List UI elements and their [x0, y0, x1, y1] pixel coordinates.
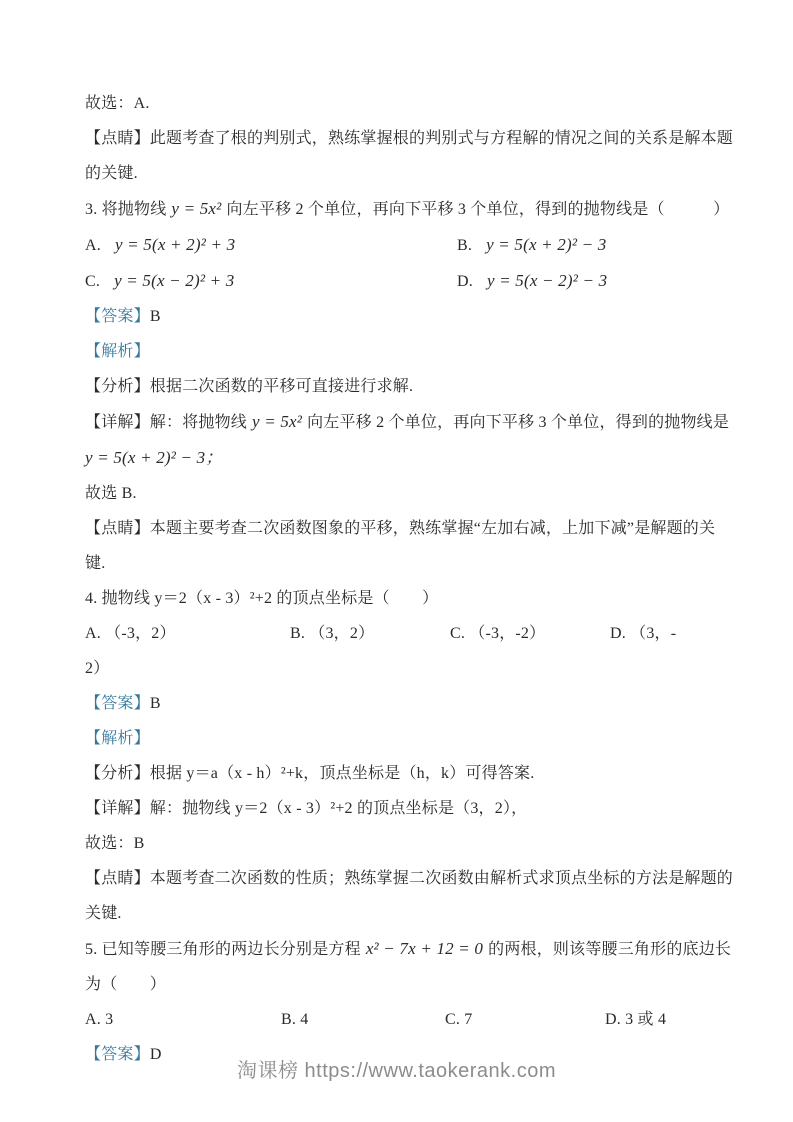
q3-answer-line: 【答案】B [85, 299, 713, 334]
q3-title-post: 向左平移 2 个单位，再向下平移 3 个单位，得到的抛物线是（ ） [226, 201, 729, 218]
q3-option-c-formula: y = 5(x − 2)² + 3 [114, 263, 234, 298]
q5-option-a: A. 3 [85, 1002, 281, 1037]
q5-option-c: C. 7 [445, 1002, 605, 1037]
q4-note-line1: 【点睛】本题考查二次函数的性质；熟练掌握二次函数由解析式求顶点坐标的方法是解题的 [85, 861, 713, 896]
q5-option-d: D. 3 或 4 [605, 1002, 666, 1037]
q5-title: 5. 已知等腰三角形的两边长分别是方程x² − 7x + 12 = 0的两根，则… [85, 931, 713, 967]
watermark-footer: 淘课榜 https://www.taokerank.com [0, 1054, 793, 1083]
q4-jiexi-label: 【解析】 [85, 721, 713, 756]
q5-title-formula: x² − 7x + 12 = 0 [366, 939, 483, 958]
q5-title-post: 的两根，则该等腰三角形的底边长 [488, 941, 731, 958]
q3-option-b-letter: B. [457, 228, 472, 263]
q3-option-b: B. y = 5(x + 2)² − 3 [457, 227, 606, 263]
q4-detail-line: 【详解】解：抛物线 y＝2（x - 3）²+2 的顶点坐标是（3，2）， [85, 791, 713, 826]
q3-title-pre: 3. 将抛物线 [85, 201, 166, 218]
q4-options-row: A. （-3，2） B. （3，2） C. （-3，-2） D. （3，- [85, 616, 713, 651]
q4-option-d-wrap: 2） [85, 651, 713, 686]
q4-title: 4. 抛物线 y＝2（x - 3）²+2 的顶点坐标是（ ） [85, 581, 713, 616]
q3-title: 3. 将抛物线y = 5x²向左平移 2 个单位，再向下平移 3 个单位，得到的… [85, 191, 713, 227]
q3-analysis-line: 【分析】根据二次函数的平移可直接进行求解. [85, 369, 713, 404]
q5-options-row: A. 3 B. 4 C. 7 D. 3 或 4 [85, 1002, 713, 1037]
q4-option-d: D. （3，- [610, 616, 676, 651]
q3-option-d-formula: y = 5(x − 2)² − 3 [487, 263, 607, 298]
q4-answer-line: 【答案】B [85, 686, 713, 721]
document-page: 故选：A. 【点睛】此题考查了根的判别式，熟练掌握根的判别式与方程解的情况之间的… [0, 0, 793, 1122]
q3-choose-line: 故选 B. [85, 476, 713, 511]
q3-option-b-formula: y = 5(x + 2)² − 3 [486, 227, 606, 262]
q3-option-a: A. y = 5(x + 2)² + 3 [85, 227, 457, 263]
q3-options-row-ab: A. y = 5(x + 2)² + 3 B. y = 5(x + 2)² − … [85, 227, 713, 263]
q3-detail-post: 向左平移 2 个单位，再向下平移 3 个单位，得到的抛物线是 [307, 414, 729, 431]
q4-choose-line: 故选：B [85, 826, 713, 861]
q3-answer-label: 【答案】 [85, 308, 150, 325]
q5-option-b: B. 4 [281, 1002, 445, 1037]
q4-answer-value: B [150, 695, 161, 712]
q3-detail-pre: 【详解】解：将抛物线 [85, 414, 247, 431]
q3-option-a-formula: y = 5(x + 2)² + 3 [115, 227, 235, 262]
q3-option-a-letter: A. [85, 228, 101, 263]
q4-answer-label: 【答案】 [85, 695, 150, 712]
q3-jiexi-label: 【解析】 [85, 334, 713, 369]
q3-answer-value: B [150, 308, 161, 325]
q4-analysis-line: 【分析】根据 y＝a（x - h）²+k，顶点坐标是（h，k）可得答案. [85, 756, 713, 791]
q3-title-formula: y = 5x² [171, 199, 221, 218]
q3-option-d: D. y = 5(x − 2)² − 3 [457, 263, 607, 299]
q4-note-line2: 关键. [85, 896, 713, 931]
q3-option-c: C. y = 5(x − 2)² + 3 [85, 263, 457, 299]
q3-option-c-letter: C. [85, 264, 100, 299]
q2-choose-line: 故选：A. [85, 86, 713, 121]
q5-title-line2: 为（ ） [85, 967, 713, 1002]
q3-option-d-letter: D. [457, 264, 473, 299]
q2-note-line1: 【点睛】此题考查了根的判别式，熟练掌握根的判别式与方程解的情况之间的关系是解本题 [85, 121, 713, 156]
q3-options-row-cd: C. y = 5(x − 2)² + 3 D. y = 5(x − 2)² − … [85, 263, 713, 299]
q4-option-a: A. （-3，2） [85, 616, 290, 651]
document-body: 故选：A. 【点睛】此题考查了根的判别式，熟练掌握根的判别式与方程解的情况之间的… [85, 86, 713, 1072]
q3-detail-line: 【详解】解：将抛物线y = 5x²向左平移 2 个单位，再向下平移 3 个单位，… [85, 404, 713, 440]
q3-note-line2: 键. [85, 546, 713, 581]
q4-option-b: B. （3，2） [290, 616, 450, 651]
q3-note-line1: 【点睛】本题主要考查二次函数图象的平移，熟练掌握“左加右减，上加下减”是解题的关 [85, 511, 713, 546]
q3-result-formula: y = 5(x + 2)² − 3； [85, 440, 713, 476]
q2-note-line2: 的关键. [85, 156, 713, 191]
q3-detail-formula-inline: y = 5x² [252, 412, 302, 431]
q5-title-pre: 5. 已知等腰三角形的两边长分别是方程 [85, 941, 361, 958]
q4-option-c: C. （-3，-2） [450, 616, 610, 651]
